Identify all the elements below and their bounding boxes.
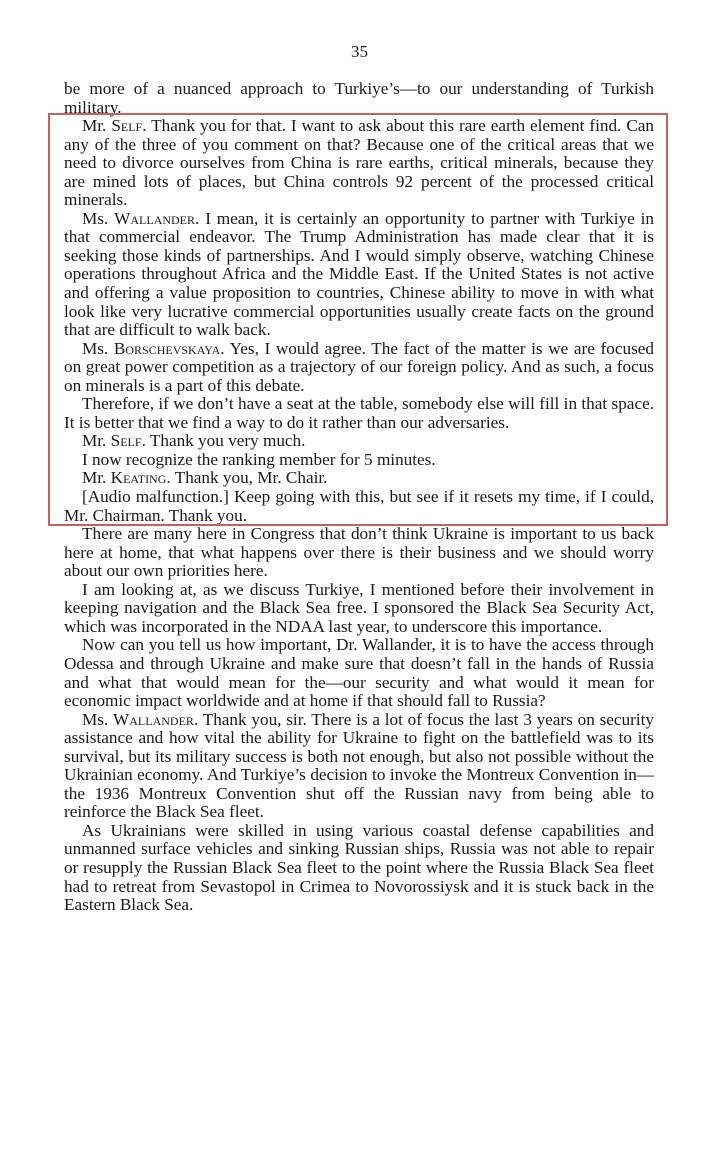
paragraph-text: As Ukrainians were skilled in using vari… [64, 821, 654, 914]
speaker-name: Self [111, 431, 142, 450]
speaker-name: Self [111, 116, 142, 135]
speaker-name: Borschevskaya [114, 339, 220, 358]
paragraph-text: . Thank you very much. [142, 431, 306, 450]
page-number: 35 [0, 42, 719, 62]
paragraph-self-rare-earth: Mr. Self. Thank you for that. I want to … [64, 117, 654, 210]
paragraph-self-thanks: Mr. Self. Thank you very much. [64, 432, 654, 451]
paragraph-wallander-montreux: Ms. Wallander. Thank you, sir. There is … [64, 711, 654, 822]
paragraph-text: [Audio malfunction.] Keep going with thi… [64, 487, 654, 525]
speaker-honorific: Ms. [82, 339, 114, 358]
paragraph-keating-thanks: Mr. Keating. Thank you, Mr. Chair. [64, 469, 654, 488]
speaker-honorific: Ms. [82, 710, 113, 729]
speaker-honorific: Ms. [82, 209, 114, 228]
speaker-name: Wallander [113, 710, 194, 729]
speaker-honorific: Mr. [82, 431, 111, 450]
paragraph-text: I now recognize the ranking member for 5… [82, 450, 436, 469]
paragraph-recognize-ranking-member: I now recognize the ranking member for 5… [64, 451, 654, 470]
paragraph-odessa-question: Now can you tell us how important, Dr. W… [64, 636, 654, 710]
paragraph-black-sea-fleet: As Ukrainians were skilled in using vari… [64, 822, 654, 915]
document-page: 35 be more of a nuanced approach to Turk… [0, 0, 719, 1149]
speaker-name: Keating [111, 468, 167, 487]
paragraph-text: be more of a nuanced approach to Turkiye… [64, 79, 654, 117]
paragraph-continuation: be more of a nuanced approach to Turkiye… [64, 80, 654, 117]
paragraph-text: I am looking at, as we discuss Turkiye, … [64, 580, 654, 636]
speaker-name: Wallander [114, 209, 195, 228]
transcript-body: be more of a nuanced approach to Turkiye… [64, 80, 654, 915]
paragraph-borschevskaya-seat-at-table: Therefore, if we don’t have a seat at th… [64, 395, 654, 432]
paragraph-audio-malfunction: [Audio malfunction.] Keep going with thi… [64, 488, 654, 525]
speaker-honorific: Mr. [82, 468, 111, 487]
paragraph-text: There are many here in Congress that don… [64, 524, 654, 580]
paragraph-black-sea-act: I am looking at, as we discuss Turkiye, … [64, 581, 654, 637]
paragraph-text: . Thank you for that. I want to ask abou… [64, 116, 654, 209]
paragraph-text: . I mean, it is certainly an opportunity… [64, 209, 654, 339]
paragraph-text: . Thank you, Mr. Chair. [166, 468, 327, 487]
paragraph-ukraine-importance: There are many here in Congress that don… [64, 525, 654, 581]
paragraph-text: Now can you tell us how important, Dr. W… [64, 635, 654, 710]
paragraph-borschevskaya-agree: Ms. Borschevskaya. Yes, I would agree. T… [64, 340, 654, 396]
paragraph-wallander-opportunity: Ms. Wallander. I mean, it is certainly a… [64, 210, 654, 340]
paragraph-text: Therefore, if we don’t have a seat at th… [64, 394, 654, 432]
speaker-honorific: Mr. [82, 116, 111, 135]
